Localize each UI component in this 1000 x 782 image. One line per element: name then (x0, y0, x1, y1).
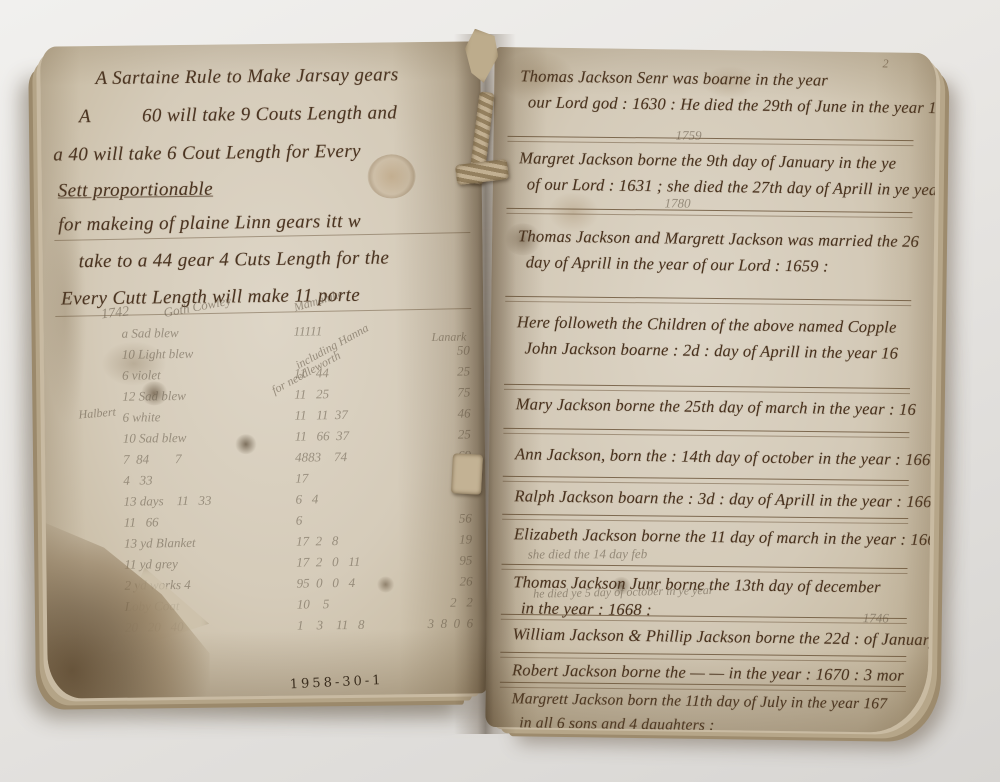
pencil-cell: 19 (408, 531, 472, 553)
pencil-cell: 26 (409, 573, 473, 595)
entry-line: day of Aprill in the year of our Lord : … (526, 249, 919, 280)
pencil-annotation: Halbert (78, 405, 116, 423)
pencil-cell: 11 66 37 (295, 427, 407, 449)
right-page: 2 Thomas Jackson Senr was boarne in the … (485, 47, 936, 733)
pencil-cell (407, 489, 471, 511)
pencil-annotation: 1742 (100, 304, 130, 323)
entry-line: of our Lord : 1631 ; she died the 27th d… (527, 171, 937, 203)
rule-text-line: A Sartaine Rule to Make Jarsay gears (95, 64, 398, 90)
pencil-cell: 11111 (293, 322, 405, 344)
entry-line: Mary Jackson borne the 25th day of march… (516, 391, 917, 423)
pencil-cell: 95 0 0 4 (297, 574, 409, 596)
pencil-cell: 17 (295, 469, 407, 491)
register-entry: Ann Jackson, born the : 14th day of octo… (515, 441, 937, 473)
pencil-cell: 10 5 (297, 595, 409, 617)
pencil-cell: 11 25 (294, 385, 406, 407)
pencil-row: 20 20 401 3 11 83 8 0 6 (125, 615, 481, 640)
register-entry: Thomas Jackson Senr was boarne in the ye… (520, 63, 937, 121)
pencil-cell: 56 (408, 510, 472, 532)
left-page: A Sartaine Rule to Make Jarsay gears A 6… (40, 41, 488, 698)
pencil-cell: 1 3 11 8 (297, 616, 409, 638)
rule-text-line: A 60 will take 9 Couts Length and (79, 102, 398, 128)
stain (367, 154, 416, 199)
register-entry: William Jackson & Phillip Jackson borne … (512, 621, 936, 654)
ruled-divider (503, 428, 909, 438)
pencil-account-table: a Sad blew11111 10 Light blew50 6 violet… (121, 321, 481, 640)
pencil-cell: 3 8 0 6 (409, 615, 473, 637)
pencil-cell (405, 321, 469, 343)
register-entry: Here followeth the Children of the above… (516, 309, 898, 366)
pencil-cell: 13 days 11 33 (124, 492, 296, 515)
pencil-cell: 4 33 (123, 471, 295, 494)
ruled-divider (506, 208, 912, 218)
pencil-cell (407, 468, 471, 490)
rule-text-line: take to a 44 gear 4 Cuts Length for the (79, 247, 390, 273)
pencil-cell: 2 2 (409, 594, 473, 616)
pencil-cell: 46 (406, 405, 470, 427)
pencil-cell: 17 2 8 (296, 532, 408, 554)
pencil-cell: 4883 74 (295, 448, 407, 470)
pencil-cell: 13 yd Blanket (124, 534, 296, 557)
pencil-cell: 50 (406, 342, 470, 364)
pencil-cell (294, 343, 406, 365)
pencil-cell: 11 66 (124, 513, 296, 536)
pencil-cell: 6 4 (295, 490, 407, 512)
entry-line: William Jackson & Phillip Jackson borne … (512, 621, 936, 654)
register-entry: Thomas Jackson and Margrett Jackson was … (518, 223, 920, 281)
ruled-divider (507, 136, 913, 146)
ruled-divider (505, 296, 911, 306)
pencil-cell: 10 Light blew (122, 345, 294, 368)
pencil-cell: 11 44 (294, 364, 406, 386)
pencil-cell: 75 (406, 384, 470, 406)
pencil-cell: 12 Sad blew (122, 387, 294, 410)
register-entry: Ralph Jackson boarn the : 3d : day of Ap… (514, 483, 936, 515)
pencil-cell: 95 (408, 552, 472, 574)
pencil-cell: 69 (407, 447, 471, 469)
rule-text-line: a 40 will take 6 Cout Length for Every (53, 141, 361, 167)
pencil-cell: 11 yd grey (124, 555, 296, 578)
rule-text-line: Sett proportionable (58, 179, 213, 203)
pencil-cell: 7 84 7 (123, 450, 295, 473)
pencil-cell: 10 Sad blew (123, 429, 295, 452)
pencil-cell: 6 violet (122, 366, 294, 389)
manuscript-photograph: A Sartaine Rule to Make Jarsay gears A 6… (0, 0, 1000, 782)
entry-line: John Jackson boarne : 2d : day of Aprill… (524, 335, 898, 366)
pencil-cell: 11 11 37 (294, 406, 406, 428)
pencil-cell: 6 (296, 511, 408, 533)
register-entry: Mary Jackson borne the 25th day of march… (516, 391, 917, 423)
pencil-cell: 20 20 40 (125, 618, 297, 641)
pencil-cell: a Sad blew (121, 324, 293, 347)
pencil-cell: 25 (406, 363, 470, 385)
entry-line: Ralph Jackson boarn the : 3d : day of Ap… (514, 483, 936, 515)
pencil-annotation: she died the 14 day feb (528, 546, 648, 562)
register-entry: Margrett Jackson born the 11th day of Ju… (511, 687, 887, 733)
register-entry: Margret Jackson borne the 9th day of Jan… (519, 145, 937, 203)
museum-accession-number: 1958-30-1 (290, 673, 384, 692)
pencil-cell: 6 white (122, 408, 294, 431)
pencil-cell: 2 yd works 4 (125, 576, 297, 599)
pencil-cell: Loby Coat (125, 597, 297, 620)
pencil-cell: 17 2 0 11 (296, 553, 408, 575)
entry-line: our Lord god : 1630 : He died the 29th o… (528, 89, 937, 121)
rule-text-line: for makeing of plaine Linn gears itt w (58, 211, 361, 237)
entry-line: Ann Jackson, born the : 14th day of octo… (515, 441, 937, 473)
pencil-cell: 25 (407, 426, 471, 448)
